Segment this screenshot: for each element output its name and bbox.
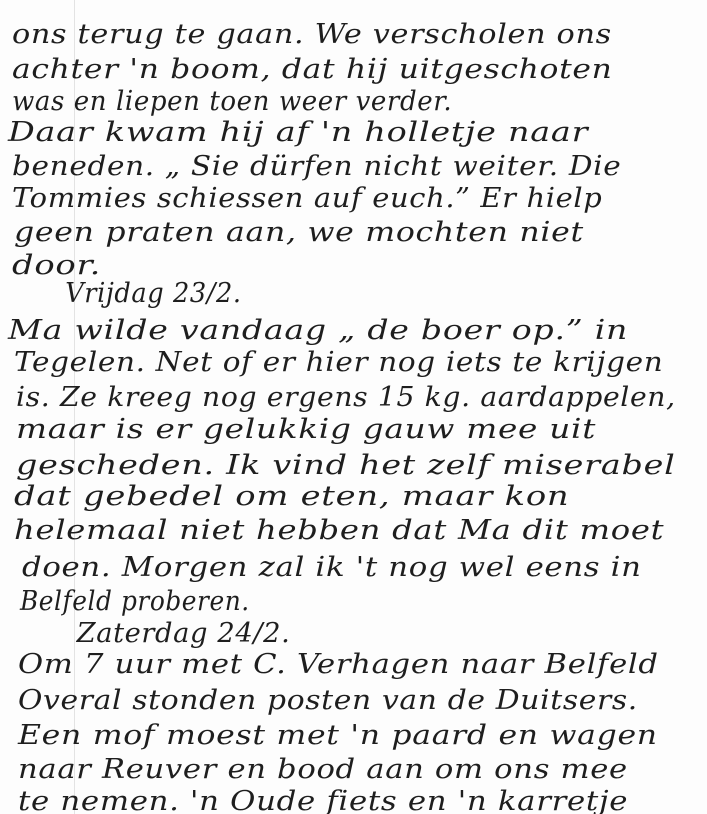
text-line: Tegelen. Net of er hier nog iets te krij… [14,347,663,378]
text-line: dat gebedel om eten, maar kon [14,481,569,512]
text-line: Ma wilde vandaag „ de boer op.” in [8,315,628,346]
text-line: doen. Morgen zal ik 't nog wel eens in [22,552,642,583]
text-line: ons terug te gaan. We verscholen ons [12,19,612,50]
text-line: gescheden. Ik vind het zelf miserabel [16,450,676,481]
text-line: door. [12,250,101,281]
text-line: Belfeld proberen. [20,586,250,617]
text-line: Tommies schiessen auf euch.” Er hielp [12,183,602,214]
text-line: Om 7 uur met C. Verhagen naar Belfeld [18,649,659,680]
date-heading: Vrijdag 23/2. [12,278,242,309]
text-line: geen praten aan, we mochten niet [14,217,584,248]
text-line: Overal stonden posten van de Duitsers. [18,685,638,716]
text-line: achter 'n boom, dat hij uitgeschoten [12,54,613,85]
text-line: Daar kwam hij af 'n holletje naar [8,117,588,148]
text-line: Een mof moest met 'n paard en wagen [18,720,658,751]
text-line: beneden. „ Sie dürfen nicht weiter. Die [12,151,621,182]
date-heading: Zaterdag 24/2. [20,618,290,649]
text-line: is. Ze kreeg nog ergens 15 kg. aardappel… [16,382,676,413]
text-line: naar Reuver en bood aan om ons mee [18,754,628,785]
text-line: was en liepen toen weer verder. [12,86,452,117]
text-line: helemaal niet hebben dat Ma dit moet [14,515,664,546]
text-line: te nemen. 'n Oude fiets en 'n karretje [18,786,628,814]
text-line: maar is er gelukkig gauw mee uit [16,414,596,445]
diary-page: ons terug te gaan. We verscholen onsacht… [0,0,707,814]
